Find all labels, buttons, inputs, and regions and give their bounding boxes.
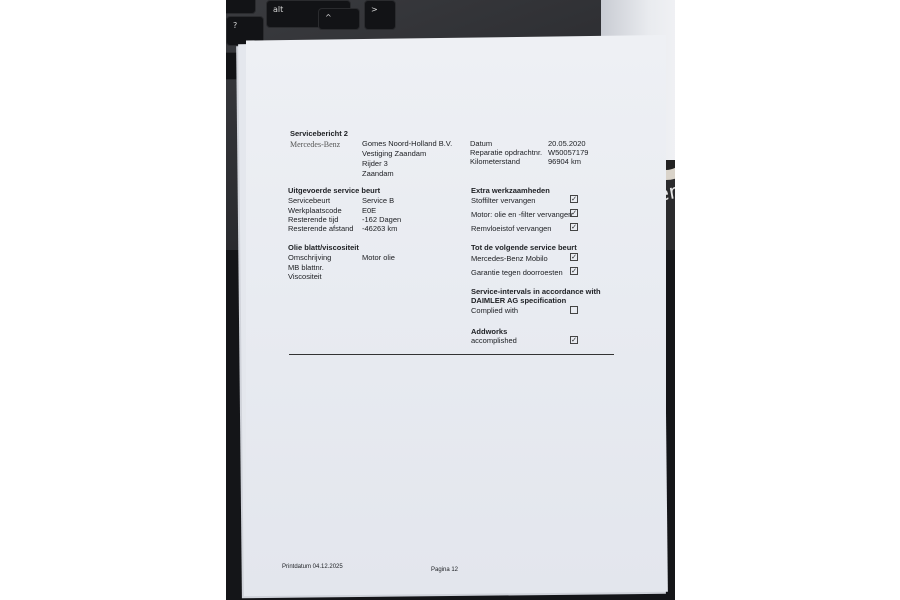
extra-item-label: Motor: olie en -filter vervangen xyxy=(471,210,572,221)
checkbox-checked[interactable]: ✓ xyxy=(570,253,578,261)
checkbox-checked[interactable]: ✓ xyxy=(570,209,578,217)
meta-value-mileage: 96904 km xyxy=(548,157,581,168)
extra-heading: Extra werkzaamheden xyxy=(471,186,550,197)
dealer-branch: Vestiging Zaandam xyxy=(362,149,426,160)
service-heading: Uitgevoerde service beurt xyxy=(288,186,380,197)
checkbox-unchecked[interactable] xyxy=(570,306,578,314)
print-date: Printdatum 04.12.2025 xyxy=(282,562,343,573)
dealer-street: Rijder 3 xyxy=(362,159,388,170)
service-value: -46263 km xyxy=(362,224,397,235)
page-number: Pagina 12 xyxy=(431,565,458,576)
keyboard-key xyxy=(226,0,256,14)
left-border xyxy=(0,0,226,600)
keyboard-key-right: > xyxy=(364,0,396,30)
next-item-label: Mercedes-Benz Mobilo xyxy=(471,254,548,265)
divider xyxy=(289,354,614,355)
checkbox-checked[interactable]: ✓ xyxy=(570,336,578,344)
document-page xyxy=(246,35,666,590)
intervals-item-label: Complied with xyxy=(471,306,518,317)
oil-label: Omschrijving xyxy=(288,253,331,264)
checkbox-checked[interactable]: ✓ xyxy=(570,195,578,203)
dealer-name: Gomes Noord-Holland B.V. xyxy=(362,139,452,150)
intervals-heading-line2: DAIMLER AG specification xyxy=(471,296,566,307)
oil-label: Viscositeit xyxy=(288,272,322,283)
oil-value: Motor olie xyxy=(362,253,395,264)
checkbox-checked[interactable]: ✓ xyxy=(570,223,578,231)
oil-heading: Olie blatt/viscositeit xyxy=(288,243,359,254)
right-border xyxy=(675,0,900,600)
service-value: Service B xyxy=(362,196,394,207)
next-heading: Tot de volgende service beurt xyxy=(471,243,577,254)
addworks-item-label: accomplished xyxy=(471,336,517,347)
meta-label-mileage: Kilometerstand xyxy=(470,157,520,168)
extra-item-label: Stoffilter vervangen xyxy=(471,196,535,207)
keyboard-key-up: ^ xyxy=(318,8,360,30)
dealer-city: Zaandam xyxy=(362,169,394,180)
document-title: Servicebericht 2 xyxy=(290,129,348,140)
checkbox-checked[interactable]: ✓ xyxy=(570,267,578,275)
brand-name: Mercedes-Benz xyxy=(290,140,340,151)
extra-item-label: Remvloeistof vervangen xyxy=(471,224,551,235)
service-label: Servicebeurt xyxy=(288,196,330,207)
service-label: Resterende afstand xyxy=(288,224,353,235)
next-item-label: Garantie tegen doorroesten xyxy=(471,268,563,279)
